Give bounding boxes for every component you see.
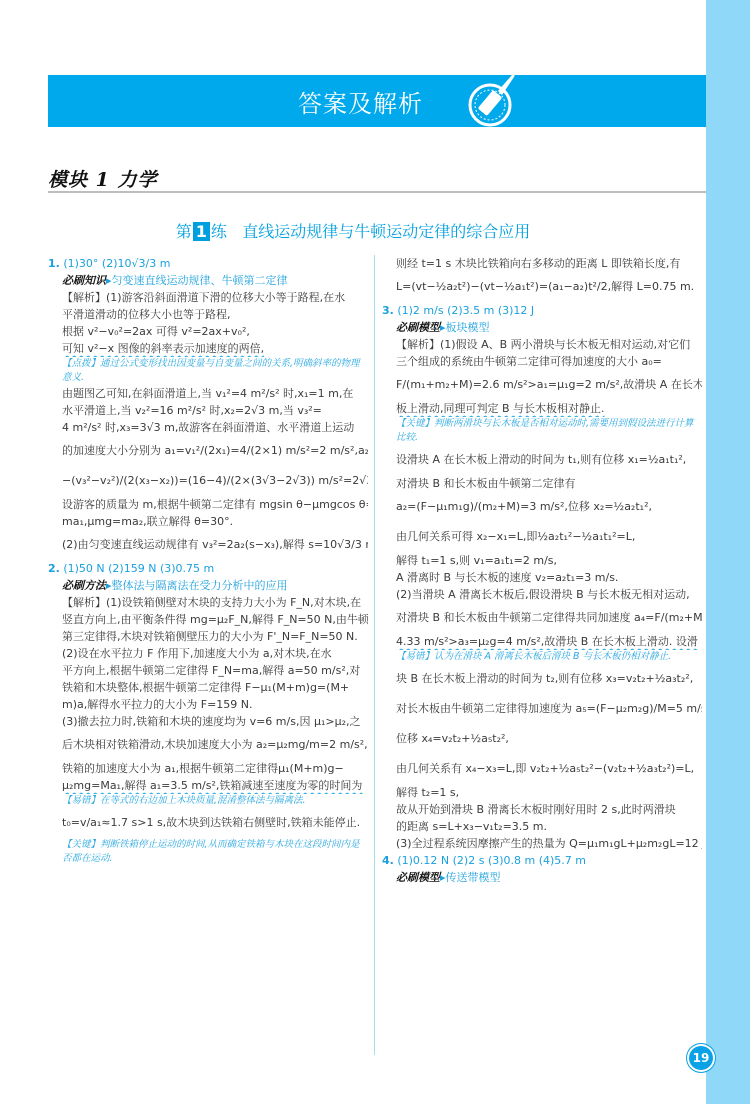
- question-number: 4.: [382, 854, 394, 867]
- text-line: 水平滑道上,当 v₂²=16 m²/s² 时,x₂=2√3 m,当 v₃²=: [48, 402, 368, 419]
- text-line: 三个组成的系统由牛顿第二定律可得加速度的大小 a₀=: [382, 353, 702, 370]
- formula-line: a₂=(F−μ₁m₁g)/(m₂+M)=3 m/s²,位移 x₂=½a₂t₁²,: [382, 492, 702, 522]
- text-line: 故从开始到滑块 B 滑离长木板时刚好用时 2 s,此时两滑块: [382, 801, 702, 818]
- answer-line: 3. (1)2 m/s (2)3.5 m (3)12 J: [382, 302, 702, 319]
- section-prefix: 第: [176, 222, 192, 241]
- key-point-tag: 必刷模型▸板块模型: [382, 319, 702, 336]
- answer-values: (1)0.12 N (2)2 s (3)0.8 m (4)5.7 m: [397, 854, 586, 867]
- answer-line: 2. (1)50 N (2)159 N (3)0.75 m: [48, 560, 368, 577]
- answer-line: 4. (1)0.12 N (2)2 s (3)0.8 m (4)5.7 m: [382, 852, 702, 869]
- formula-line: F/(m₁+m₂+M)=2.6 m/s²>a₁=μ₁g=2 m/s²,故滑块 A…: [382, 370, 702, 400]
- text-line: 解得 t₁=1 s,则 v₁=a₁t₁=2 m/s,: [382, 552, 702, 569]
- margin-note: 【易错】认为在滑块 A 滑离长木板后滑块 B 与长木板仍相对静止.: [382, 650, 702, 664]
- answer-values: (1)2 m/s (2)3.5 m (3)12 J: [397, 304, 534, 317]
- highlighted-line: μ₂mg=Ma₁,解得 a₁=3.5 m/s²,铁箱减速至速度为零的时间为: [48, 777, 368, 794]
- answer-values: (1)50 N (2)159 N (3)0.75 m: [63, 562, 214, 575]
- formula-line: 对滑块 B 和长木板由牛顿第二定律得共同加速度 a₄=F/(m₂+M)≈: [382, 603, 702, 633]
- tag-label: 必刷方法: [62, 579, 106, 592]
- formula-line: −(v₃²−v₂²)/(2(x₃−x₂))=(16−4)/(2×(3√3−2√3…: [48, 466, 368, 496]
- section-number: 1: [193, 222, 210, 241]
- text-line: (3)撤去拉力时,铁箱和木块的速度均为 v=6 m/s,因 μ₁>μ₂,之: [48, 713, 368, 730]
- page-title: 答案及解析: [298, 84, 423, 119]
- tag-value: 整体法与隔离法在受力分析中的应用: [112, 579, 288, 592]
- text-line: 对滑块 B 和长木板由牛顿第二定律有: [382, 475, 702, 492]
- tag-label: 必刷模型: [396, 321, 440, 334]
- margin-note: 【关键】判断两滑块与长木板是否相对运动时,需要用到假设法进行计算比较.: [382, 417, 702, 445]
- tag-value: 传送带模型: [446, 871, 501, 884]
- tag-value: 板块模型: [446, 321, 490, 334]
- formula-line: 的加速度大小分别为 a₁=v₁²/(2x₁)=4/(2×1) m/s²=2 m/…: [48, 436, 368, 466]
- text-line: 设游客的质量为 m,根据牛顿第二定律有 mgsin θ−μmgcos θ=: [48, 496, 368, 513]
- text-line: 【解析】(1)游客沿斜面滑道下滑的位移大小等于路程,在水: [48, 289, 368, 306]
- wavy-underline-text: 4.33 m/s²>a₃=μ₂g=4 m/s²,故滑块 B 在长木板上滑动. 设…: [396, 635, 698, 648]
- question-number: 1.: [48, 257, 60, 270]
- left-column: 1. (1)30° (2)10√3/3 m必刷知识▸匀变速直线运动规律、牛顿第二…: [48, 255, 368, 866]
- wavy-underline-text: 板上滑动,同理可判定 B 与长木板相对静止.: [396, 402, 605, 415]
- tag-label: 必刷知识: [62, 274, 106, 287]
- text-line: 【解析】(1)假设 A、B 两小滑块与长木板无相对运动,对它们: [382, 336, 702, 353]
- formula-line: t₀=v/a₁≈1.7 s>1 s,故木块到达铁箱右侧壁时,铁箱未能停止.: [48, 808, 368, 838]
- column-divider: [374, 255, 375, 1055]
- text-line: (2)当滑块 A 滑离长木板后,假设滑块 B 与长木板无相对运动,: [382, 586, 702, 603]
- formula-line: 设滑块 A 在长木板上滑动的时间为 t₁,则有位移 x₁=½a₁t₁²,: [382, 445, 702, 475]
- text-line: 平方向上,根据牛顿第二定律得 F_N=ma,解得 a=50 m/s²,对: [48, 662, 368, 679]
- answer-line: 1. (1)30° (2)10√3/3 m: [48, 255, 368, 272]
- text-line: 【解析】(1)设铁箱侧壁对木块的支持力大小为 F_N,对木块,在: [48, 594, 368, 611]
- tag-value: 匀变速直线运动规律、牛顿第二定律: [112, 274, 288, 287]
- wavy-underline-text: 可知 v²−x 图像的斜率表示加速度的两倍,: [62, 342, 264, 355]
- text-line: (2)设在水平拉力 F 作用下,加速度大小为 a,对木块,在水: [48, 645, 368, 662]
- formula-line: 由几何关系可得 x₂−x₁=L,即½a₂t₁²−½a₁t₁²=L,: [382, 522, 702, 552]
- text-line: 竖直方向上,由平衡条件得 mg=μ₂F_N,解得 F_N=50 N,由牛顿: [48, 611, 368, 628]
- text-line: 由题图乙可知,在斜面滑道上,当 v₁²=4 m²/s² 时,x₁=1 m,在: [48, 385, 368, 402]
- key-point-tag: 必刷知识▸匀变速直线运动规律、牛顿第二定律: [48, 272, 368, 289]
- pen-badge-icon: [464, 69, 528, 133]
- text-line: 的距离 s=L+x₃−v₁t₂=3.5 m.: [382, 818, 702, 835]
- formula-line: 后木块相对铁箱滑动,木块加速度大小为 a₂=μ₂mg/m=2 m/s²,设: [48, 730, 368, 760]
- text-line: A 滑离时 B 与长木板的速度 v₂=a₂t₁=3 m/s.: [382, 569, 702, 586]
- question-number: 3.: [382, 304, 394, 317]
- text-line: 根据 v²−v₀²=2ax 可得 v²=2ax+v₀²,: [48, 323, 368, 340]
- text-line: 平滑道滑动的位移大小也等于路程,: [48, 306, 368, 323]
- text-line: m)a,解得水平拉力的大小为 F=159 N.: [48, 696, 368, 713]
- section-title: 第1练 直线运动规律与牛顿运动定律的综合应用: [0, 219, 706, 242]
- question-number: 2.: [48, 562, 60, 575]
- formula-line: (2)由匀变速直线运动规律有 v₃²=2a₂(s−x₃),解得 s=10√3/3…: [48, 530, 368, 560]
- formula-line: L=(vt−½a₂t²)−(vt−½a₁t²)=(a₁−a₂)t²/2,解得 L…: [382, 272, 702, 302]
- formula-line: 对长木板由牛顿第二定律得加速度为 a₅=(F−μ₂m₂g)/M=5 m/s²,: [382, 694, 702, 724]
- section-heading-text: 直线运动规律与牛顿运动定律的综合应用: [242, 222, 530, 241]
- module-heading: 模块 1 力学: [48, 165, 706, 193]
- header-banner: 答案及解析: [48, 75, 706, 127]
- formula-line: 块 B 在长木板上滑动的时间为 t₂,则有位移 x₃=v₂t₂+½a₃t₂²,: [382, 664, 702, 694]
- page-number: 19: [689, 1046, 713, 1070]
- key-point-tag: 必刷方法▸整体法与隔离法在受力分析中的应用: [48, 577, 368, 594]
- side-strip: [706, 0, 750, 1104]
- text-line: 铁箱的加速度大小为 a₁,根据牛顿第二定律得μ₁(M+m)g−: [48, 760, 368, 777]
- text-line: (3)全过程系统因摩擦产生的热量为 Q=μ₁m₁gL+μ₂m₂gL=12 J.: [382, 835, 702, 852]
- text-line: 铁箱和木块整体,根据牛顿第二定律得 F−μ₁(M+m)g=(M+: [48, 679, 368, 696]
- highlighted-line: 4.33 m/s²>a₃=μ₂g=4 m/s²,故滑块 B 在长木板上滑动. 设…: [382, 633, 702, 650]
- key-point-tag: 必刷模型▸传送带模型: [382, 869, 702, 886]
- section-suffix: 练: [211, 222, 227, 241]
- text-line: 则经 t=1 s 木块比铁箱向右多移动的距离 L 即铁箱长度,有: [382, 255, 702, 272]
- text-line: 4 m²/s² 时,x₃=3√3 m,故游客在斜面滑道、水平滑道上运动: [48, 419, 368, 436]
- right-column: 则经 t=1 s 木块比铁箱向右多移动的距离 L 即铁箱长度,有L=(vt−½a…: [382, 255, 702, 886]
- tag-label: 必刷模型: [396, 871, 440, 884]
- answer-values: (1)30° (2)10√3/3 m: [63, 257, 170, 270]
- highlighted-line: 板上滑动,同理可判定 B 与长木板相对静止.: [382, 400, 702, 417]
- formula-line: 位移 x₄=v₂t₂+½a₅t₂²,: [382, 724, 702, 754]
- text-line: 解得 t₂=1 s,: [382, 784, 702, 801]
- highlighted-line: 可知 v²−x 图像的斜率表示加速度的两倍,: [48, 340, 368, 357]
- text-line: ma₁,μmg=ma₂,联立解得 θ=30°.: [48, 513, 368, 530]
- wavy-underline-text: μ₂mg=Ma₁,解得 a₁=3.5 m/s²,铁箱减速至速度为零的时间为: [62, 779, 362, 792]
- margin-note: 【点拨】通过公式变形找出因变量与自变量之间的关系,明确斜率的物理意义.: [48, 357, 368, 385]
- formula-line: 由几何关系有 x₄−x₃=L,即 v₂t₂+½a₅t₂²−(v₂t₂+½a₃t₂…: [382, 754, 702, 784]
- margin-note: 【关键】判断铁箱停止运动的时间,从而确定铁箱与木块在这段时间内是否都在运动.: [48, 838, 368, 866]
- text-line: 第三定律得,木块对铁箱侧壁压力的大小为 F'_N=F_N=50 N.: [48, 628, 368, 645]
- module-label: 模块 1 力学: [48, 169, 157, 191]
- margin-note: 【易错】在等式的右边加上木块质量,混淆整体法与隔离法.: [48, 794, 368, 808]
